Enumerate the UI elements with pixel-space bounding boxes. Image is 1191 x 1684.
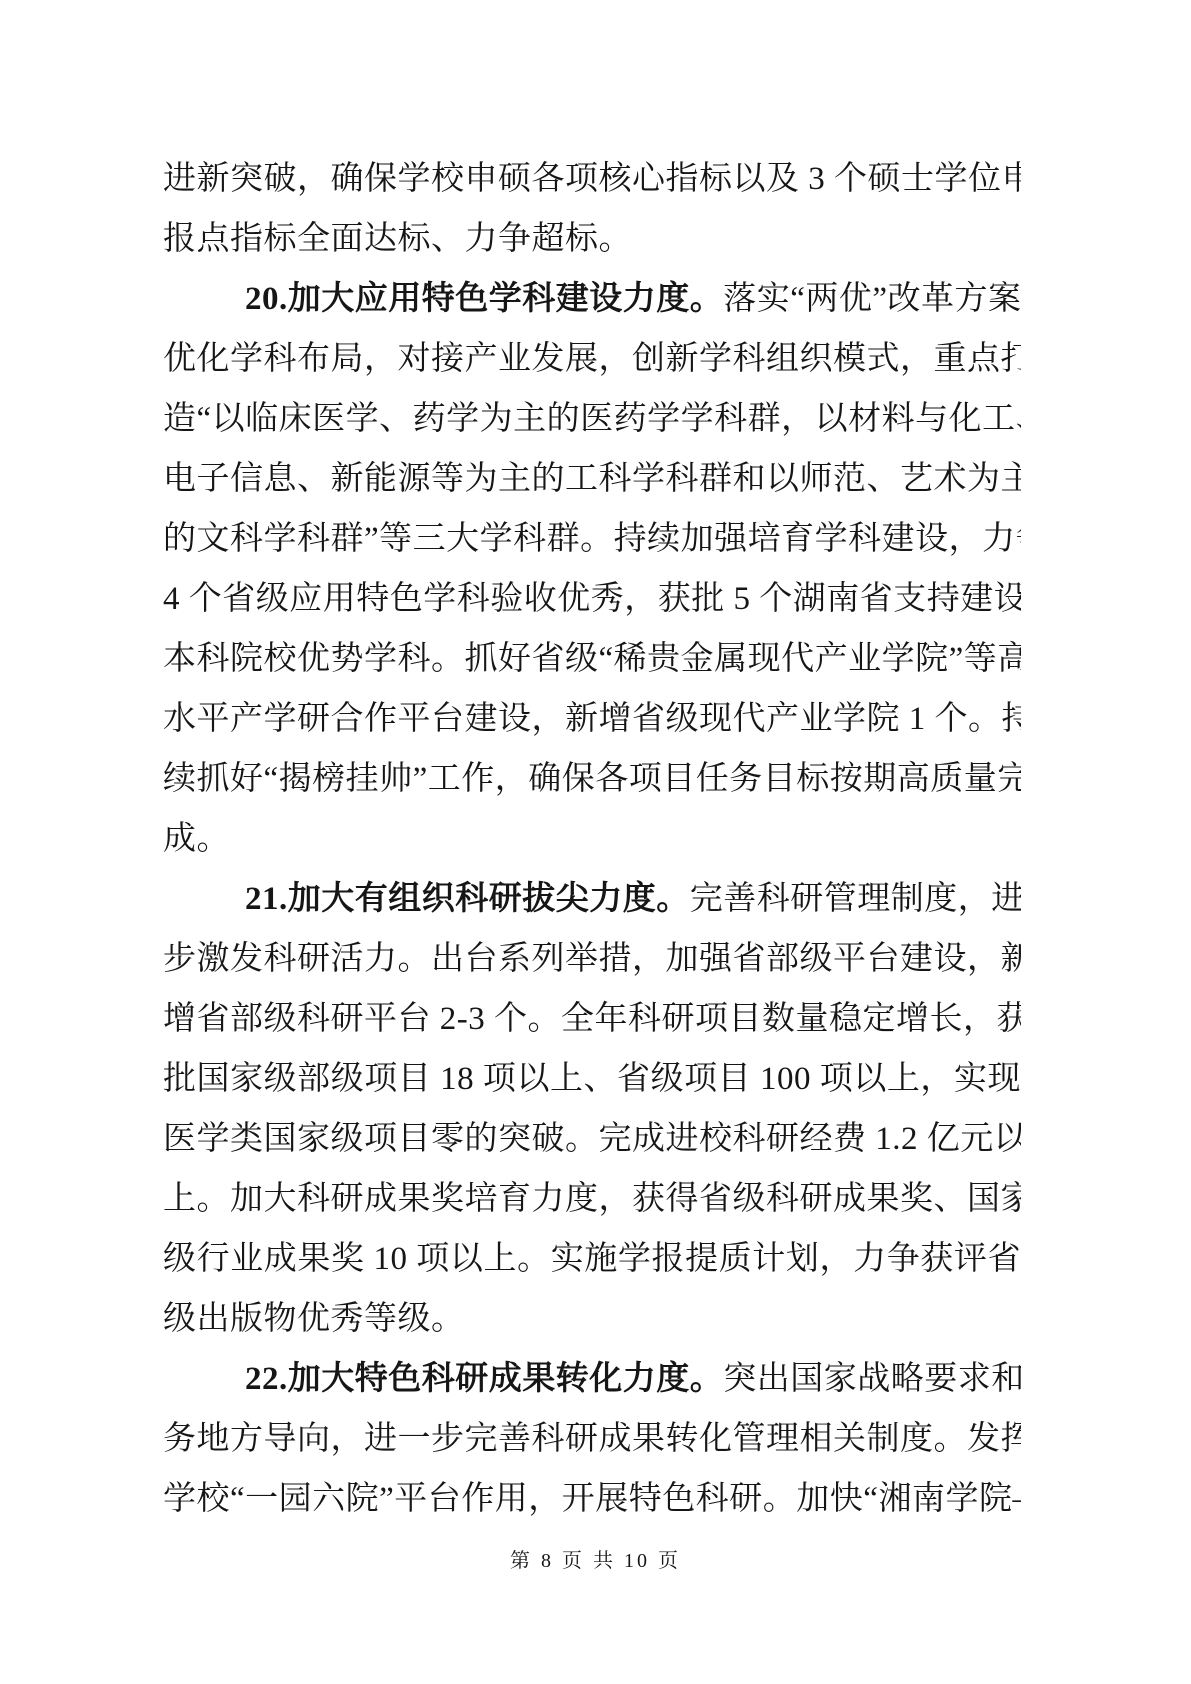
- text-line: 优化学科布局，对接产业发展，创新学科组织模式，重点打: [163, 329, 1021, 389]
- line-text: 的文科学科群”等三大学科群。持续加强培育学科建设，力争: [163, 521, 1021, 557]
- text-line: 级行业成果奖 10 项以上。实施学报提质计划，力争获评省: [163, 1229, 1021, 1289]
- line-text: 成。: [163, 821, 230, 857]
- text-line: 22.加大特色科研成果转化力度。突出国家战略要求和服: [163, 1349, 1021, 1409]
- text-line: 批国家级部级项目 18 项以上、省级项目 100 项以上，实现: [163, 1049, 1021, 1109]
- line-text: 完善科研管理制度，进一: [690, 881, 1021, 917]
- line-text: 进新突破，确保学校申硕各项核心指标以及 3 个硕士学位申: [163, 161, 1021, 197]
- text-line: 上。加大科研成果奖培育力度，获得省级科研成果奖、国家: [163, 1169, 1021, 1229]
- text-line: 务地方导向，进一步完善科研成果转化管理相关制度。发挥: [163, 1409, 1021, 1469]
- line-text: 增省部级科研平台 2-3 个。全年科研项目数量稳定增长，获: [163, 1001, 1021, 1037]
- line-text: 优化学科布局，对接产业发展，创新学科组织模式，重点打: [163, 341, 1021, 377]
- text-line: 电子信息、新能源等为主的工科学科群和以师范、艺术为主: [163, 449, 1021, 509]
- text-line: 报点指标全面达标、力争超标。: [163, 209, 1021, 269]
- line-text: 上。加大科研成果奖培育力度，获得省级科研成果奖、国家: [163, 1181, 1021, 1217]
- line-text: 报点指标全面达标、力争超标。: [163, 221, 632, 257]
- line-text: 本科院校优势学科。抓好省级“稀贵金属现代产业学院”等高: [163, 641, 1021, 677]
- line-text: 4 个省级应用特色学科验收优秀，获批 5 个湖南省支持建设: [163, 581, 1021, 617]
- text-line: 增省部级科研平台 2-3 个。全年科研项目数量稳定增长，获: [163, 989, 1021, 1049]
- text-line: 续抓好“揭榜挂帅”工作，确保各项目任务目标按期高质量完: [163, 749, 1021, 809]
- line-text: 续抓好“揭榜挂帅”工作，确保各项目任务目标按期高质量完: [163, 761, 1021, 797]
- text-line: 本科院校优势学科。抓好省级“稀贵金属现代产业学院”等高: [163, 629, 1021, 689]
- line-text: 级出版物优秀等级。: [163, 1301, 465, 1337]
- paragraph-heading: 20.加大应用特色学科建设力度。: [245, 281, 723, 317]
- page-footer: 第 8 页 共 10 页: [0, 1544, 1191, 1578]
- line-text: 水平产学研合作平台建设，新增省级现代产业学院 1 个。持: [163, 701, 1021, 737]
- text-line: 级出版物优秀等级。: [163, 1289, 1021, 1349]
- line-text: 务地方导向，进一步完善科研成果转化管理相关制度。发挥: [163, 1421, 1021, 1457]
- text-line: 4 个省级应用特色学科验收优秀，获批 5 个湖南省支持建设: [163, 569, 1021, 629]
- text-line: 21.加大有组织科研拔尖力度。完善科研管理制度，进一: [163, 869, 1021, 929]
- paragraph-heading: 22.加大特色科研成果转化力度。: [245, 1361, 723, 1397]
- line-text: 步激发科研活力。出台系列举措，加强省部级平台建设，新: [163, 941, 1021, 977]
- text-block: 进新突破，确保学校申硕各项核心指标以及 3 个硕士学位申 报点指标全面达标、力争…: [163, 149, 1021, 1529]
- line-text: 医学类国家级项目零的突破。完成进校科研经费 1.2 亿元以: [163, 1121, 1021, 1157]
- text-line: 造“以临床医学、药学为主的医药学学科群，以材料与化工、: [163, 389, 1021, 449]
- text-line: 20.加大应用特色学科建设力度。落实“两优”改革方案，: [163, 269, 1021, 329]
- text-line: 进新突破，确保学校申硕各项核心指标以及 3 个硕士学位申: [163, 149, 1021, 209]
- line-text: 学校“一园六院”平台作用，开展特色科研。加快“湘南学院—: [163, 1481, 1021, 1517]
- text-line: 步激发科研活力。出台系列举措，加强省部级平台建设，新: [163, 929, 1021, 989]
- line-text: 电子信息、新能源等为主的工科学科群和以师范、艺术为主: [163, 461, 1021, 497]
- paragraph-heading: 21.加大有组织科研拔尖力度。: [245, 881, 690, 917]
- text-line: 学校“一园六院”平台作用，开展特色科研。加快“湘南学院—: [163, 1469, 1021, 1529]
- document-page: 进新突破，确保学校申硕各项核心指标以及 3 个硕士学位申 报点指标全面达标、力争…: [0, 0, 1191, 1684]
- line-text: 造“以临床医学、药学为主的医药学学科群，以材料与化工、: [163, 401, 1021, 437]
- line-text: 突出国家战略要求和服: [723, 1361, 1021, 1397]
- text-line: 成。: [163, 809, 1021, 869]
- text-line: 水平产学研合作平台建设，新增省级现代产业学院 1 个。持: [163, 689, 1021, 749]
- line-text: 级行业成果奖 10 项以上。实施学报提质计划，力争获评省: [163, 1241, 1021, 1277]
- line-text: 落实“两优”改革方案，: [723, 281, 1021, 317]
- text-line: 医学类国家级项目零的突破。完成进校科研经费 1.2 亿元以: [163, 1109, 1021, 1169]
- line-text: 批国家级部级项目 18 项以上、省级项目 100 项以上，实现: [163, 1061, 1021, 1097]
- text-line: 的文科学科群”等三大学科群。持续加强培育学科建设，力争: [163, 509, 1021, 569]
